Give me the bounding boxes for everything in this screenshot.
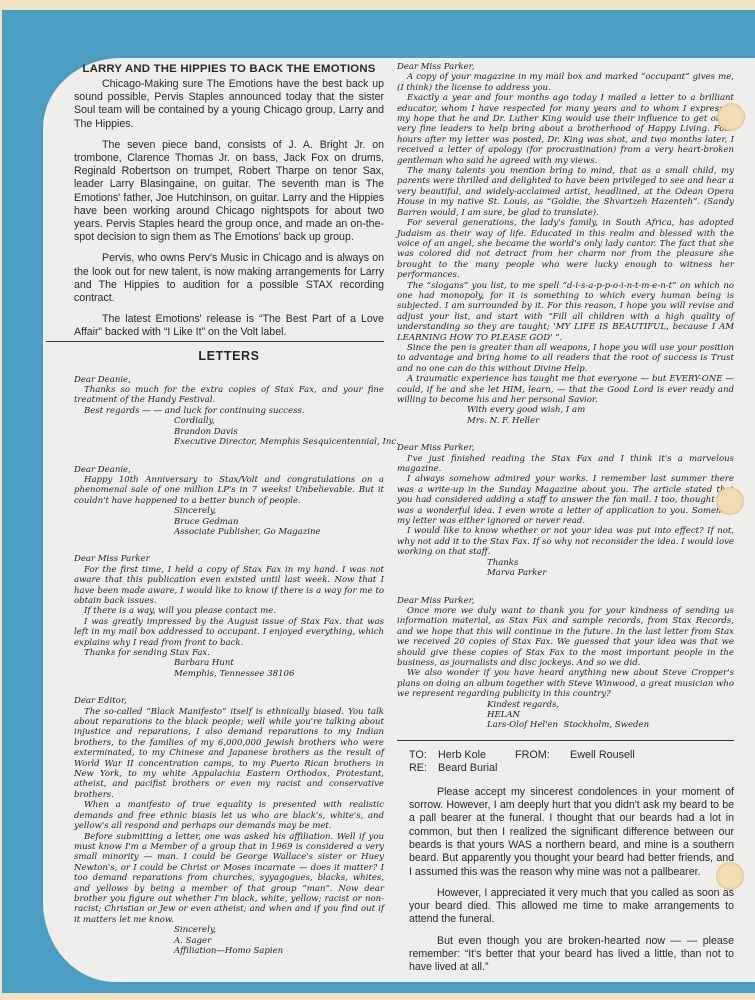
letter-paragraph: Since the pen is greater than all weapon…	[397, 343, 734, 374]
letter-hunt: Dear Miss Parker For the first time, I h…	[74, 554, 384, 679]
memo-header: TO: Herb Kole FROM: Ewell Rousell RE: Be…	[409, 749, 734, 775]
signature-line: Affiliation—Homo Sapien	[174, 946, 384, 956]
signature-line: Thanks	[487, 558, 734, 568]
memo-paragraph: However, I appreciated it very much that…	[409, 887, 734, 927]
signature-line: With every good wish, I am	[467, 405, 734, 415]
letter-paragraph: The so-called “Black Manifesto” itself i…	[74, 707, 384, 801]
news-paragraph: Chicago-Making sure The Emotions have th…	[74, 78, 384, 131]
letter-sager: Dear Editor, The so-called “Black Manife…	[74, 696, 384, 956]
memo-to: Herb Kole	[438, 749, 486, 761]
signature-line: Lars-Olof Hel'en Stockholm, Sweden	[487, 720, 734, 730]
punch-hole-icon	[716, 487, 744, 515]
letter-davis: Dear Deanie, Thanks so much for the extr…	[74, 375, 384, 448]
letter-greeting: Dear Miss Parker,	[397, 62, 734, 72]
signature-line: HELAN	[487, 710, 734, 720]
letter-paragraph: A traumatic experience has taught me tha…	[397, 374, 734, 405]
signature-line: Mrs. N. F. Heller	[467, 416, 734, 426]
letter-paragraph: Best regards — — and luck for continuing…	[74, 406, 384, 416]
signature-line: Marva Parker	[487, 568, 734, 578]
signature-line: Barbara Hunt	[174, 658, 384, 668]
letter-greeting: Dear Editor,	[74, 696, 384, 706]
memo-body: Please accept my sincerest condolences i…	[397, 786, 734, 975]
letter-paragraph: The many talents you mention bring to mi…	[397, 166, 734, 218]
signature-line: Memphis, Tennessee 38106	[174, 669, 384, 679]
letter-paragraph: For several generations, the lady's fami…	[397, 218, 734, 280]
signature-line: A. Sager	[174, 936, 384, 946]
letter-paragraph: We also wonder if you have heard anythin…	[397, 668, 734, 699]
punch-hole-icon	[717, 103, 745, 131]
letter-paragraph: I've just finished reading the Stax Fax …	[397, 454, 734, 475]
letter-paragraph: If there is a way, will you please conta…	[74, 606, 384, 616]
signature-line: Kindest regards,	[487, 700, 734, 710]
letter-paragraph: Thanks for sending Stax Fax.	[74, 648, 384, 658]
news-article: Chicago-Making sure The Emotions have th…	[74, 78, 384, 340]
signature-line: Sincerely,	[174, 506, 384, 516]
punch-hole-icon	[716, 862, 744, 890]
memo-from: Ewell Rousell	[570, 749, 635, 761]
letter-gedman: Dear Deanie, Happy 10th Anniversary to S…	[74, 465, 384, 538]
letter-paragraph: I always somehow admired your works. I r…	[397, 474, 734, 526]
letter-paragraph: The “slogans” you list, to me spell “d-i…	[397, 281, 734, 343]
news-headline: LARRY AND THE HIPPIES TO BACK THE EMOTIO…	[74, 63, 384, 75]
news-paragraph: The seven piece band, consists of J. A. …	[74, 139, 384, 245]
signature-line: Sincerely,	[174, 925, 384, 935]
memo-paragraph: But even though you are broken-hearted n…	[409, 935, 734, 975]
letter-signature: Sincerely, A. Sager Affiliation—Homo Sap…	[174, 925, 384, 956]
letter-greeting: Dear Miss Parker,	[397, 596, 734, 606]
letter-paragraph: A copy of your magazine in my mail box a…	[397, 72, 734, 93]
letter-helan: Dear Miss Parker, Once more we duly want…	[397, 596, 734, 731]
letter-signature: With every good wish, I am Mrs. N. F. He…	[467, 405, 734, 426]
letter-greeting: Dear Deanie,	[74, 375, 384, 385]
signature-line: Cordially,	[174, 416, 384, 426]
news-paragraph: Pervis, who owns Perv's Music in Chicago…	[74, 252, 384, 305]
letter-marva-parker: Dear Miss Parker, I've just finished rea…	[397, 443, 734, 578]
letter-paragraph: For the first time, I held a copy of Sta…	[74, 565, 384, 607]
letter-paragraph: Before submitting a letter, one was aske…	[74, 832, 384, 926]
letter-signature: Thanks Marva Parker	[487, 558, 734, 579]
letter-heller: Dear Miss Parker, A copy of your magazin…	[397, 62, 734, 426]
letter-paragraph: I would like to know whether or not your…	[397, 526, 734, 557]
memo-from-label: FROM:	[515, 749, 567, 762]
divider	[46, 341, 384, 342]
letter-paragraph: Once more we duly want to thank you for …	[397, 606, 734, 668]
letter-greeting: Dear Deanie,	[74, 465, 384, 475]
letter-paragraph: I was greatly impressed by the August is…	[74, 617, 384, 648]
right-column: Dear Miss Parker, A copy of your magazin…	[397, 62, 734, 983]
letter-paragraph: Thanks so much for the extra copies of S…	[74, 385, 384, 406]
news-paragraph: The latest Emotions' release is “The Bes…	[74, 313, 384, 339]
memo-re-label: RE:	[409, 762, 435, 775]
letter-paragraph: Happy 10th Anniversary to Stax/Volt and …	[74, 475, 384, 506]
letter-signature: Cordially, Brandon Davis Executive Direc…	[174, 416, 384, 447]
signature-line: Bruce Gedman	[174, 517, 384, 527]
memo-paragraph: Please accept my sincerest condolences i…	[409, 786, 734, 879]
signature-line: Brandon Davis	[174, 427, 384, 437]
signature-line: Associate Publisher, Go Magazine	[174, 527, 384, 537]
left-column: LARRY AND THE HIPPIES TO BACK THE EMOTIO…	[74, 60, 384, 973]
letter-greeting: Dear Miss Parker,	[397, 443, 734, 453]
letter-signature: Sincerely, Bruce Gedman Associate Publis…	[174, 506, 384, 537]
divider	[397, 740, 734, 741]
letter-greeting: Dear Miss Parker	[74, 554, 384, 564]
memo-to-label: TO:	[409, 749, 435, 762]
letter-paragraph: Exactly a year and four months ago today…	[397, 93, 734, 166]
letter-paragraph: When a manifesto of true equality is pre…	[74, 800, 384, 831]
signature-line: Executive Director, Memphis Sesquicenten…	[174, 437, 384, 447]
letters-title: LETTERS	[74, 349, 384, 363]
letter-signature: Kindest regards, HELAN Lars-Olof Hel'en …	[487, 700, 734, 731]
letter-signature: Barbara Hunt Memphis, Tennessee 38106	[174, 658, 384, 679]
memo-re: Beard Burial	[438, 762, 497, 774]
